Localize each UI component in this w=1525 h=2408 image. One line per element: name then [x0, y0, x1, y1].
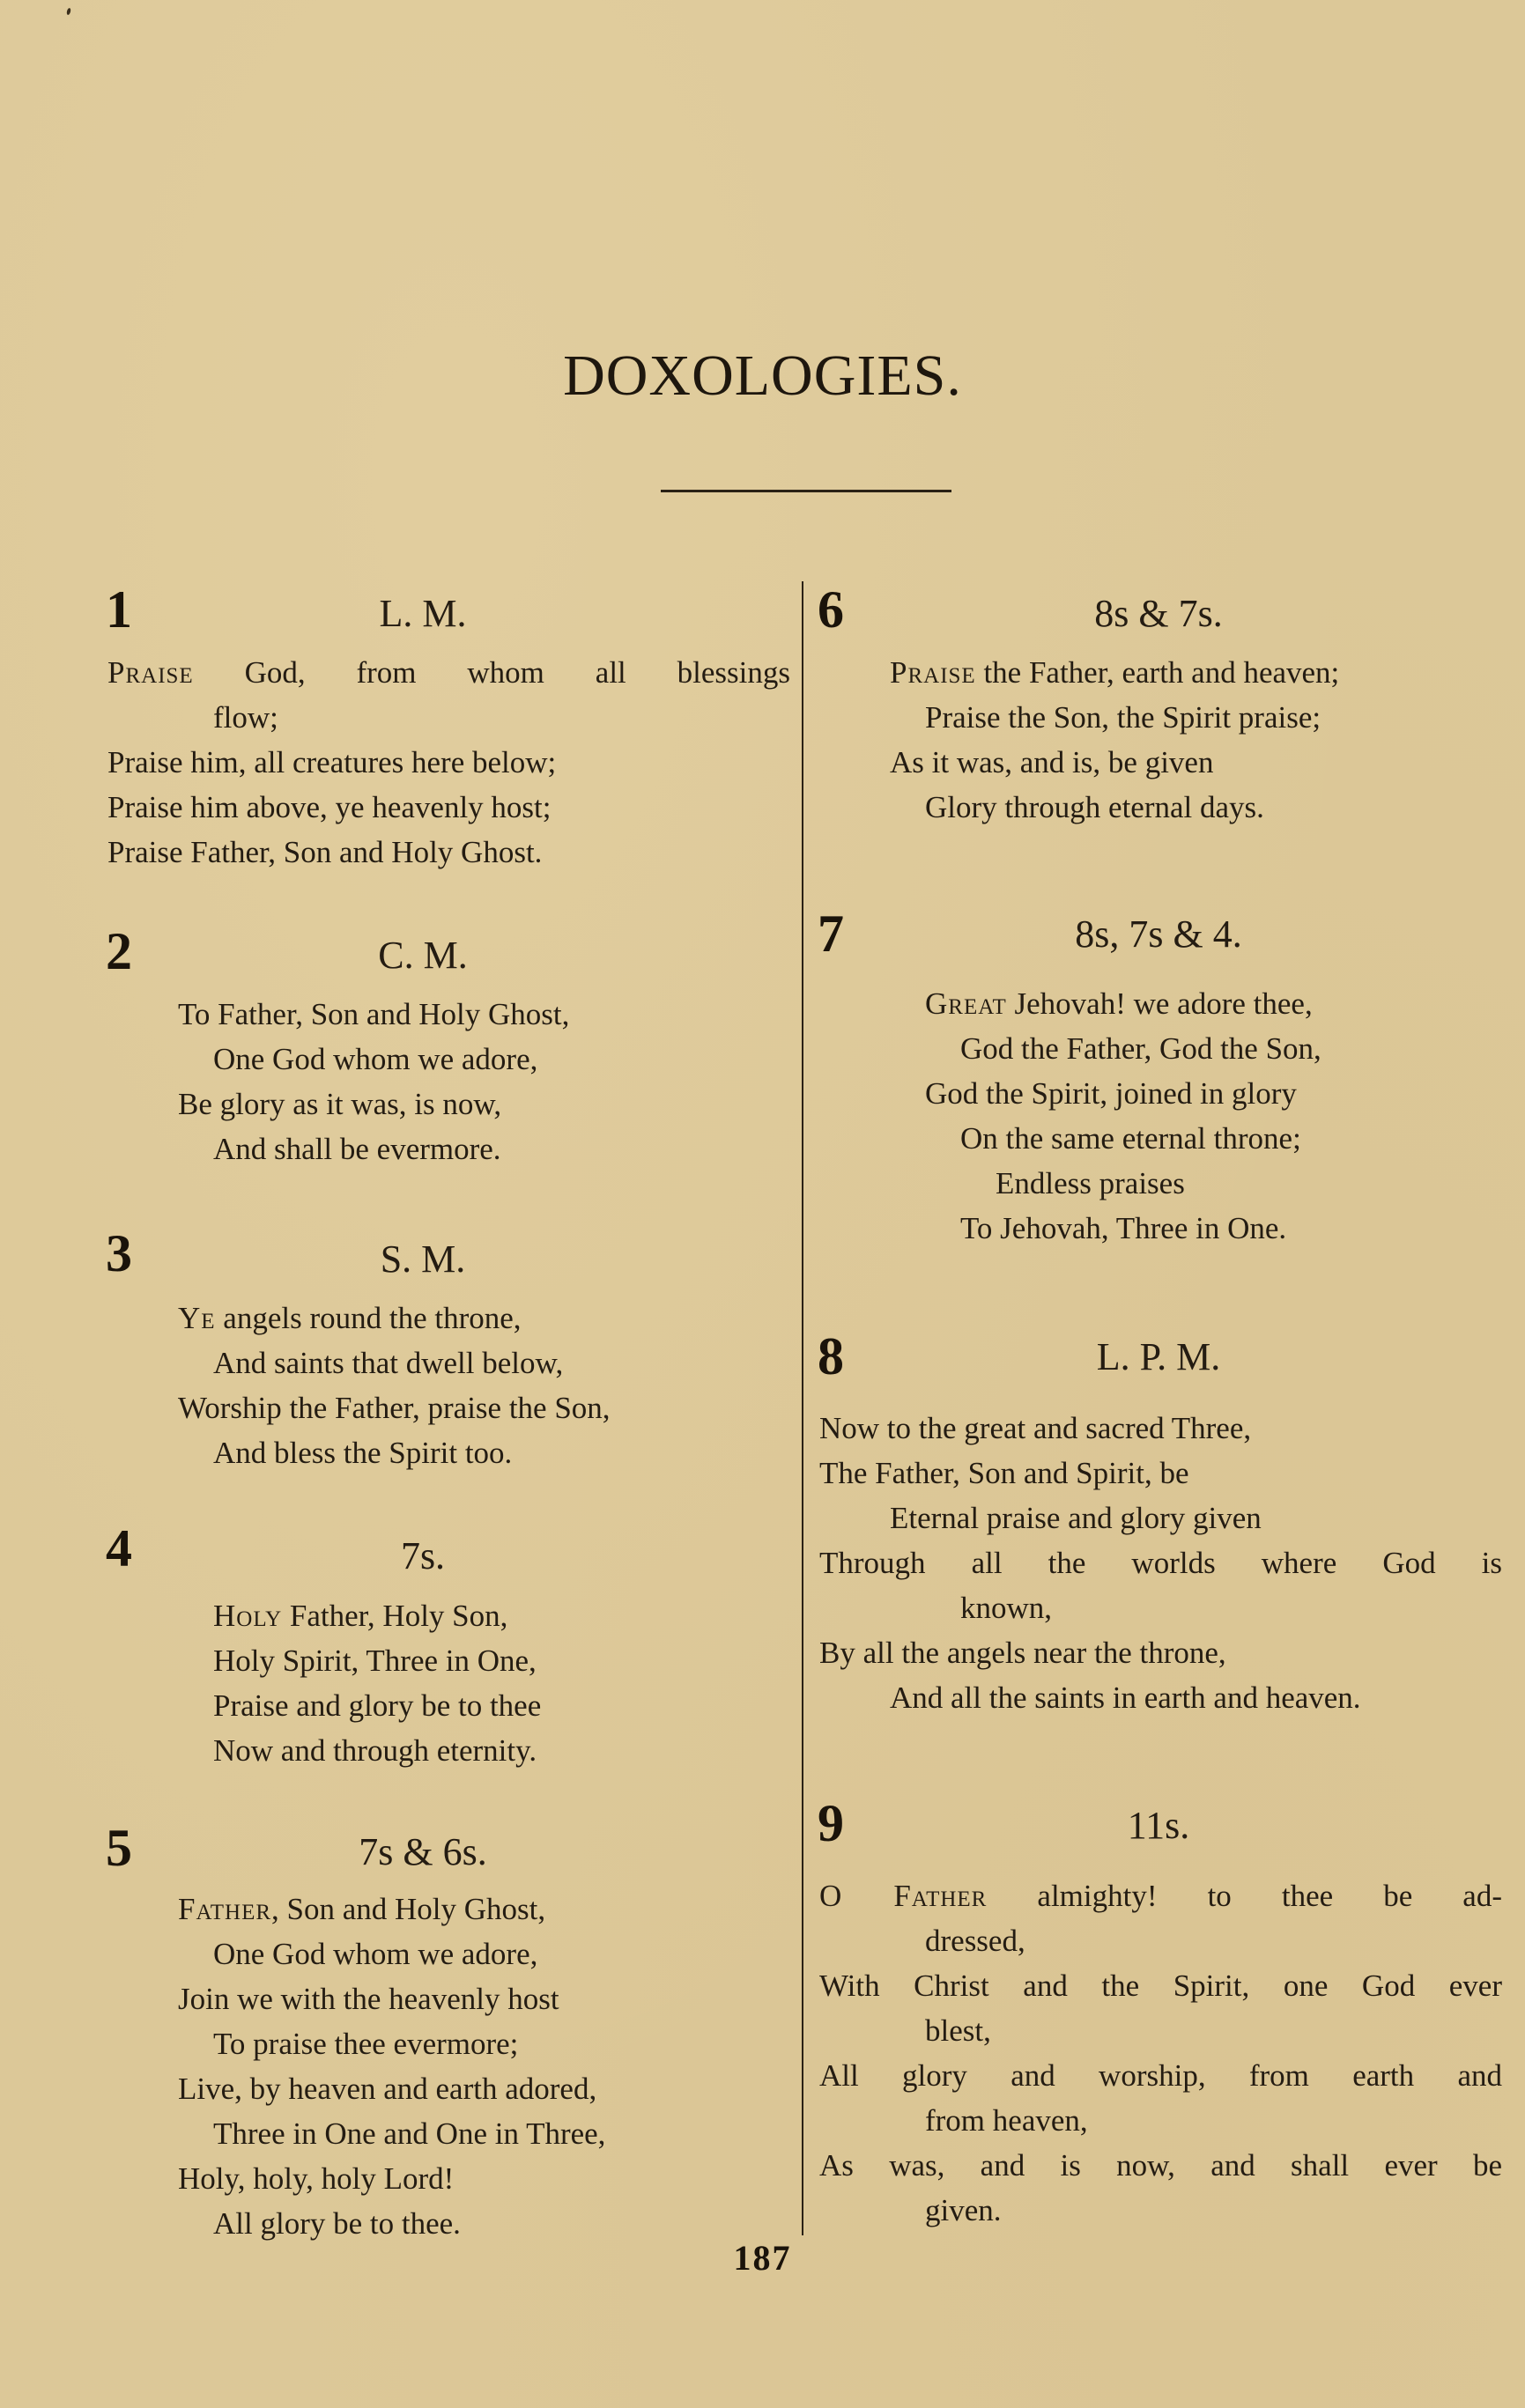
- verse-text: Eternal praise and glory given: [890, 1501, 1262, 1535]
- verse-line: Praise him above, ye heavenly host;: [107, 788, 551, 827]
- verse-text: Praise him above, ye heavenly host;: [107, 790, 551, 824]
- hymn-number: 5: [106, 1821, 132, 1874]
- verse-lead-smallcaps: Father: [178, 1892, 271, 1926]
- verse-text: the Father, earth and heaven;: [976, 655, 1340, 690]
- verse-text: Praise Father, Son and Holy Ghost.: [107, 835, 542, 869]
- verse-line: Now to the great and sacred Three,: [819, 1409, 1251, 1448]
- verse-line: As was, and is now, and shall ever be: [819, 2146, 1502, 2185]
- verse-text: Live, by heaven and earth adored,: [178, 2072, 596, 2106]
- verse-text: All glory be to thee.: [213, 2206, 461, 2241]
- verse-text: angels round the throne,: [216, 1301, 522, 1335]
- verse-text: Now to the great and sacred Three,: [819, 1411, 1251, 1445]
- verse-line: And all the saints in earth and heaven.: [890, 1679, 1361, 1717]
- verse-line: The Father, Son and Spirit, be: [819, 1454, 1189, 1493]
- verse-text: Three in One and One in Three,: [213, 2116, 605, 2151]
- verse-text: dressed,: [925, 1924, 1025, 1958]
- hymn-number: 9: [818, 1797, 844, 1850]
- verse-line: Holy Spirit, Three in One,: [213, 1642, 537, 1680]
- verse-text: One God whom we adore,: [213, 1937, 537, 1971]
- verse-line: To Jehovah, Three in One.: [960, 1209, 1286, 1248]
- verse-line: Ye angels round the throne,: [178, 1299, 522, 1338]
- verse-text: The Father, Son and Spirit, be: [819, 1456, 1189, 1490]
- verse-line: Great Jehovah! we adore thee,: [925, 985, 1313, 1023]
- verse-line: With Christ and the Spirit, one God ever: [819, 1967, 1502, 2005]
- verse-text: God, from whom all blessings: [194, 655, 790, 690]
- verse-line: Endless praises: [996, 1164, 1185, 1203]
- verse-text: almighty! to thee be ad-: [987, 1879, 1502, 1913]
- verse-line: Three in One and One in Three,: [213, 2115, 605, 2153]
- hymn-meter: 7s.: [238, 1534, 608, 1578]
- verse-lead-smallcaps: O Father: [819, 1879, 987, 1913]
- verse-line: Praise him, all creatures here below;: [107, 743, 556, 782]
- verse-text: Praise him, all creatures here below;: [107, 745, 556, 779]
- verse-text: , Son and Holy Ghost,: [271, 1892, 545, 1926]
- hymn-meter: 11s.: [973, 1804, 1344, 1848]
- verse-text: Join we with the heavenly host: [178, 1982, 559, 2016]
- hymn-meter: L. M.: [238, 592, 608, 636]
- verse-line: O Father almighty! to thee be ad-: [819, 1877, 1502, 1916]
- hymn-number: 6: [818, 583, 844, 636]
- page-title: DOXOLOGIES.: [0, 345, 1525, 407]
- verse-text: To praise thee evermore;: [213, 2027, 518, 2061]
- verse-text: As was, and is now, and shall ever be: [819, 2148, 1502, 2183]
- verse-line: Praise and glory be to thee: [213, 1687, 541, 1725]
- verse-line: God the Father, God the Son,: [960, 1030, 1321, 1068]
- verse-line: To praise thee evermore;: [213, 2025, 518, 2064]
- verse-text: given.: [925, 2193, 1002, 2227]
- verse-line: As it was, and is, be given: [890, 743, 1213, 782]
- verse-line: Praise the Father, earth and heaven;: [890, 654, 1339, 692]
- verse-text: Through all the worlds where God is: [819, 1546, 1502, 1580]
- hymn-number: 2: [106, 925, 132, 978]
- hymn-number: 7: [818, 907, 844, 960]
- verse-text: Holy, holy, holy Lord!: [178, 2161, 454, 2196]
- hymn-number: 4: [106, 1522, 132, 1575]
- verse-line: And shall be evermore.: [213, 1130, 501, 1169]
- verse-text: All glory and worship, from earth and: [819, 2058, 1502, 2093]
- verse-line: All glory and worship, from earth and: [819, 2057, 1502, 2095]
- verse-line: flow;: [213, 698, 278, 737]
- hymn-meter: S. M.: [238, 1237, 608, 1282]
- verse-line: known,: [960, 1589, 1052, 1628]
- verse-line: Now and through eternity.: [213, 1732, 537, 1770]
- hymn-number: 8: [818, 1330, 844, 1383]
- verse-line: One God whom we adore,: [213, 1040, 537, 1079]
- verse-text: One God whom we adore,: [213, 1042, 537, 1076]
- verse-text: God the Father, God the Son,: [960, 1031, 1321, 1066]
- verse-line: blest,: [925, 2012, 991, 2050]
- verse-line: Be glory as it was, is now,: [178, 1085, 501, 1124]
- verse-line: from heaven,: [925, 2101, 1088, 2140]
- verse-text: Praise and glory be to thee: [213, 1688, 541, 1723]
- verse-text: from heaven,: [925, 2103, 1088, 2138]
- verse-text: God the Spirit, joined in glory: [925, 1076, 1297, 1111]
- verse-text: And saints that dwell below,: [213, 1346, 563, 1380]
- hymn-meter: 8s, 7s & 4.: [973, 912, 1344, 957]
- verse-line: On the same eternal throne;: [960, 1119, 1301, 1158]
- verse-text: And shall be evermore.: [213, 1132, 501, 1166]
- verse-line: Through all the worlds where God is: [819, 1544, 1502, 1583]
- verse-lead-smallcaps: Ye: [178, 1301, 216, 1335]
- verse-line: And saints that dwell below,: [213, 1344, 563, 1383]
- verse-text: Now and through eternity.: [213, 1733, 537, 1768]
- verse-text: Praise the Son, the Spirit praise;: [925, 700, 1321, 735]
- verse-line: God the Spirit, joined in glory: [925, 1075, 1297, 1113]
- hymnal-page: DOXOLOGIES. 1L. M.Praise God, from whom …: [0, 0, 1525, 2408]
- verse-lead-smallcaps: Holy: [213, 1599, 282, 1633]
- verse-text: And all the saints in earth and heaven.: [890, 1680, 1361, 1715]
- title-rule-divider: [661, 490, 951, 492]
- hymn-meter: C. M.: [238, 934, 608, 978]
- verse-line: One God whom we adore,: [213, 1935, 537, 1974]
- verse-lead-smallcaps: Praise: [107, 655, 194, 690]
- paper-speck: [66, 8, 71, 16]
- verse-text: And bless the Spirit too.: [213, 1436, 512, 1470]
- verse-line: Eternal praise and glory given: [890, 1499, 1262, 1538]
- verse-text: On the same eternal throne;: [960, 1121, 1301, 1156]
- verse-lead-smallcaps: Praise: [890, 655, 976, 690]
- verse-line: Praise Father, Son and Holy Ghost.: [107, 833, 542, 872]
- verse-text: As it was, and is, be given: [890, 745, 1213, 779]
- verse-text: With Christ and the Spirit, one God ever: [819, 1969, 1502, 2003]
- verse-lead-smallcaps: Great: [925, 986, 1007, 1021]
- verse-line: Join we with the heavenly host: [178, 1980, 559, 2019]
- hymn-number: 1: [106, 583, 132, 636]
- verse-text: known,: [960, 1591, 1052, 1625]
- verse-line: Father, Son and Holy Ghost,: [178, 1890, 545, 1929]
- hymn-meter: L. P. M.: [973, 1335, 1344, 1379]
- verse-text: Holy Spirit, Three in One,: [213, 1643, 537, 1678]
- verse-line: Praise God, from whom all blessings: [107, 654, 790, 692]
- verse-line: Live, by heaven and earth adored,: [178, 2070, 596, 2109]
- verse-text: To Father, Son and Holy Ghost,: [178, 997, 569, 1031]
- verse-text: Glory through eternal days.: [925, 790, 1264, 824]
- verse-text: Worship the Father, praise the Son,: [178, 1391, 611, 1425]
- page-number: 187: [0, 2237, 1525, 2279]
- verse-line: By all the angels near the throne,: [819, 1634, 1226, 1673]
- verse-line: given.: [925, 2191, 1002, 2230]
- column-divider: [802, 581, 803, 2235]
- verse-text: Jehovah! we adore thee,: [1007, 986, 1313, 1021]
- verse-line: Worship the Father, praise the Son,: [178, 1389, 611, 1428]
- verse-line: To Father, Son and Holy Ghost,: [178, 995, 569, 1034]
- verse-line: And bless the Spirit too.: [213, 1434, 512, 1473]
- hymn-meter: 7s & 6s.: [238, 1830, 608, 1874]
- hymn-number: 3: [106, 1227, 132, 1280]
- verse-text: To Jehovah, Three in One.: [960, 1211, 1286, 1245]
- verse-text: Be glory as it was, is now,: [178, 1087, 501, 1121]
- verse-text: blest,: [925, 2013, 991, 2048]
- verse-text: flow;: [213, 700, 278, 735]
- verse-line: Holy, holy, holy Lord!: [178, 2160, 454, 2198]
- hymn-meter: 8s & 7s.: [973, 592, 1344, 636]
- verse-text: By all the angels near the throne,: [819, 1636, 1226, 1670]
- verse-text: Endless praises: [996, 1166, 1185, 1200]
- verse-line: Glory through eternal days.: [925, 788, 1264, 827]
- verse-line: dressed,: [925, 1922, 1025, 1961]
- verse-line: Holy Father, Holy Son,: [213, 1597, 507, 1636]
- verse-text: Father, Holy Son,: [282, 1599, 507, 1633]
- verse-line: Praise the Son, the Spirit praise;: [925, 698, 1321, 737]
